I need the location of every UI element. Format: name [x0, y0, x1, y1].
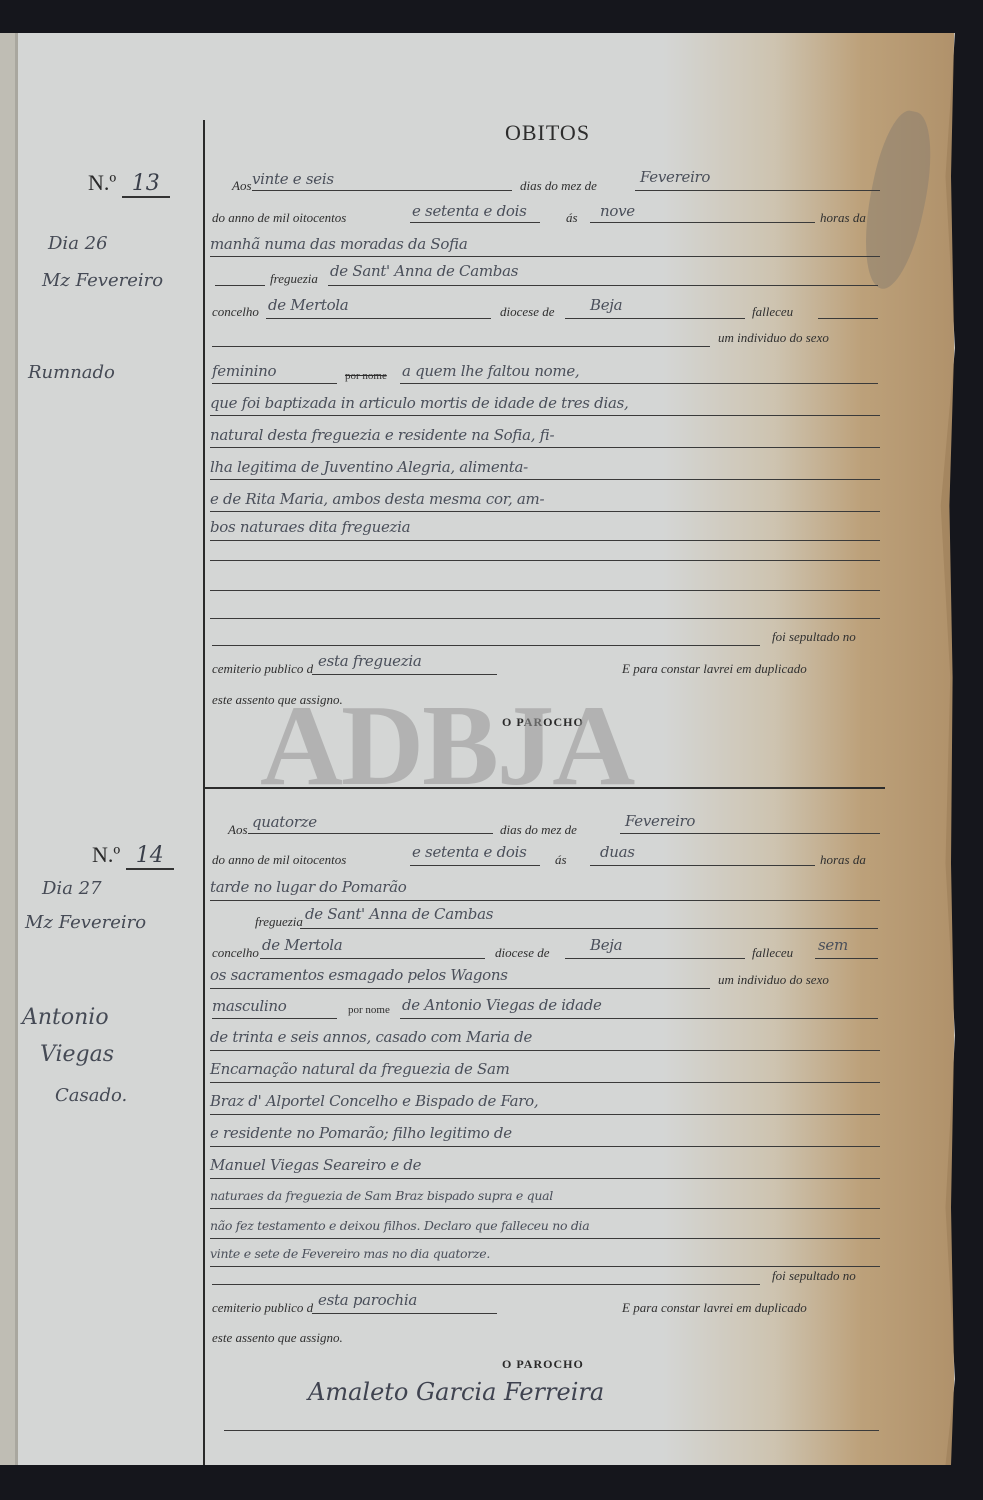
body-line: vinte e sete de Fevereiro mas no dia qua…: [210, 1246, 490, 1261]
margin-date-13: Dia 26: [48, 233, 108, 254]
label-diocese: diocese de: [495, 945, 550, 961]
field-sexo: feminino: [212, 362, 276, 380]
label-sepultado: foi sepultado no: [772, 629, 856, 645]
book-gutter: [0, 33, 15, 1465]
field-dia: vinte e seis: [252, 170, 334, 188]
label-concelho: concelho: [212, 945, 259, 961]
field-freguezia: de Sant' Anna de Cambas: [305, 905, 493, 923]
body-line: não fez testamento e deixou filhos. Decl…: [210, 1218, 589, 1233]
label-horas: horas da: [820, 852, 866, 868]
label-diocese: diocese de: [500, 304, 555, 320]
body-line: bos naturaes dita freguezia: [210, 518, 410, 536]
field-concelho: de Mertola: [262, 936, 342, 954]
label-concelho: concelho: [212, 304, 259, 320]
field-dia: quatorze: [252, 813, 317, 831]
entry-number-14: N.º 14: [92, 842, 174, 868]
body-line: natural desta freguezia e residente na S…: [210, 426, 554, 444]
label-cemiterio: cemiterio publico d: [212, 1300, 313, 1316]
margin-date-14: Dia 27: [42, 878, 102, 899]
label-por-nome: por nome: [345, 370, 387, 382]
book-gutter-edge: [15, 33, 18, 1465]
margin-name-14-last: Viegas: [40, 1042, 114, 1067]
label-as: ás: [555, 852, 567, 868]
label-horas: horas da: [820, 210, 866, 226]
label-anno: do anno de mil oitocentos: [212, 210, 346, 226]
body-line: que foi baptizada in articulo mortis de …: [210, 394, 628, 412]
water-stain: [663, 33, 983, 1465]
field-hora: nove: [600, 202, 635, 220]
label-individuo: um individuo do sexo: [718, 972, 829, 988]
watermark: ADBJA: [260, 680, 633, 812]
field-line3: manhã numa das moradas da Sofia: [210, 235, 467, 253]
field-concelho: de Mertola: [268, 296, 348, 314]
label-as: ás: [566, 210, 578, 226]
body-line: e de Rita Maria, ambos desta mesma cor, …: [210, 490, 544, 508]
label-cemiterio: cemiterio publico d: [212, 661, 313, 677]
label-freguezia: freguezia: [270, 271, 318, 287]
label-freguezia: freguezia: [255, 914, 303, 930]
label-parocho: O PAROCHO: [502, 1357, 584, 1372]
field-nome: de Antonio Viegas de idade: [402, 996, 602, 1014]
label-falleceu: falleceu: [752, 304, 793, 320]
margin-month-14: Mz Fevereiro: [25, 912, 146, 933]
parocho-signature: Amaleto Garcia Ferreira: [308, 1378, 604, 1406]
field-mez: Fevereiro: [625, 812, 695, 830]
body-line: naturaes da freguezia de Sam Braz bispad…: [210, 1188, 553, 1203]
label-assento: este assento que assigno.: [212, 1330, 343, 1346]
field-sexo: masculino: [212, 997, 287, 1015]
field-anno: e setenta e dois: [412, 843, 527, 861]
body-line: de trinta e seis annos, casado com Maria…: [210, 1028, 532, 1046]
field-diocese: Beja: [590, 296, 622, 314]
label-mez: dias do mez de: [520, 178, 597, 194]
label-individuo: um individuo do sexo: [718, 330, 829, 346]
field-mez: Fevereiro: [640, 168, 710, 186]
field-falleceu-extra: sem: [818, 936, 848, 954]
label-falleceu: falleceu: [752, 945, 793, 961]
field-anno: e setenta e dois: [412, 202, 527, 220]
entry-number-13: N.º 13: [88, 170, 170, 196]
body-line: e residente no Pomarão; filho legitimo d…: [210, 1124, 512, 1142]
margin-month-13: Mz Fevereiro: [42, 270, 163, 291]
field-diocese: Beja: [590, 936, 622, 954]
label-constar: E para constar lavrei em duplicado: [622, 1300, 807, 1316]
body-line: lha legitima de Juventino Alegria, alime…: [210, 458, 528, 476]
field-cemiterio: esta freguezia: [318, 652, 422, 670]
field-cemiterio: esta parochia: [318, 1291, 417, 1309]
label-sepultado: foi sepultado no: [772, 1268, 856, 1284]
field-cause: os sacramentos esmagado pelos Wagons: [210, 966, 508, 984]
field-hora: duas: [600, 843, 635, 861]
label-anno: do anno de mil oitocentos: [212, 852, 346, 868]
page-title: OBITOS: [505, 120, 590, 146]
label-aos: Aos: [232, 178, 252, 194]
label-por-nome: por nome: [348, 1004, 390, 1016]
label-constar: E para constar lavrei em duplicado: [622, 661, 807, 677]
field-freguezia: de Sant' Anna de Cambas: [330, 262, 518, 280]
field-line3: tarde no lugar do Pomarão: [210, 878, 407, 896]
entry-separator: [205, 787, 885, 789]
field-nome: a quem lhe faltou nome,: [402, 362, 579, 380]
body-line: Braz d' Alportel Concelho e Bispado de F…: [210, 1092, 538, 1110]
label-aos: Aos: [228, 822, 248, 838]
margin-status-14: Casado.: [55, 1085, 127, 1106]
margin-rule: [203, 120, 205, 1465]
body-line: Manuel Viegas Seareiro e de: [210, 1156, 421, 1174]
label-mez: dias do mez de: [500, 822, 577, 838]
margin-name-14-first: Antonio: [22, 1005, 109, 1030]
margin-name-13: Rumnado: [28, 362, 115, 383]
body-line: Encarnação natural da freguezia de Sam: [210, 1060, 510, 1078]
